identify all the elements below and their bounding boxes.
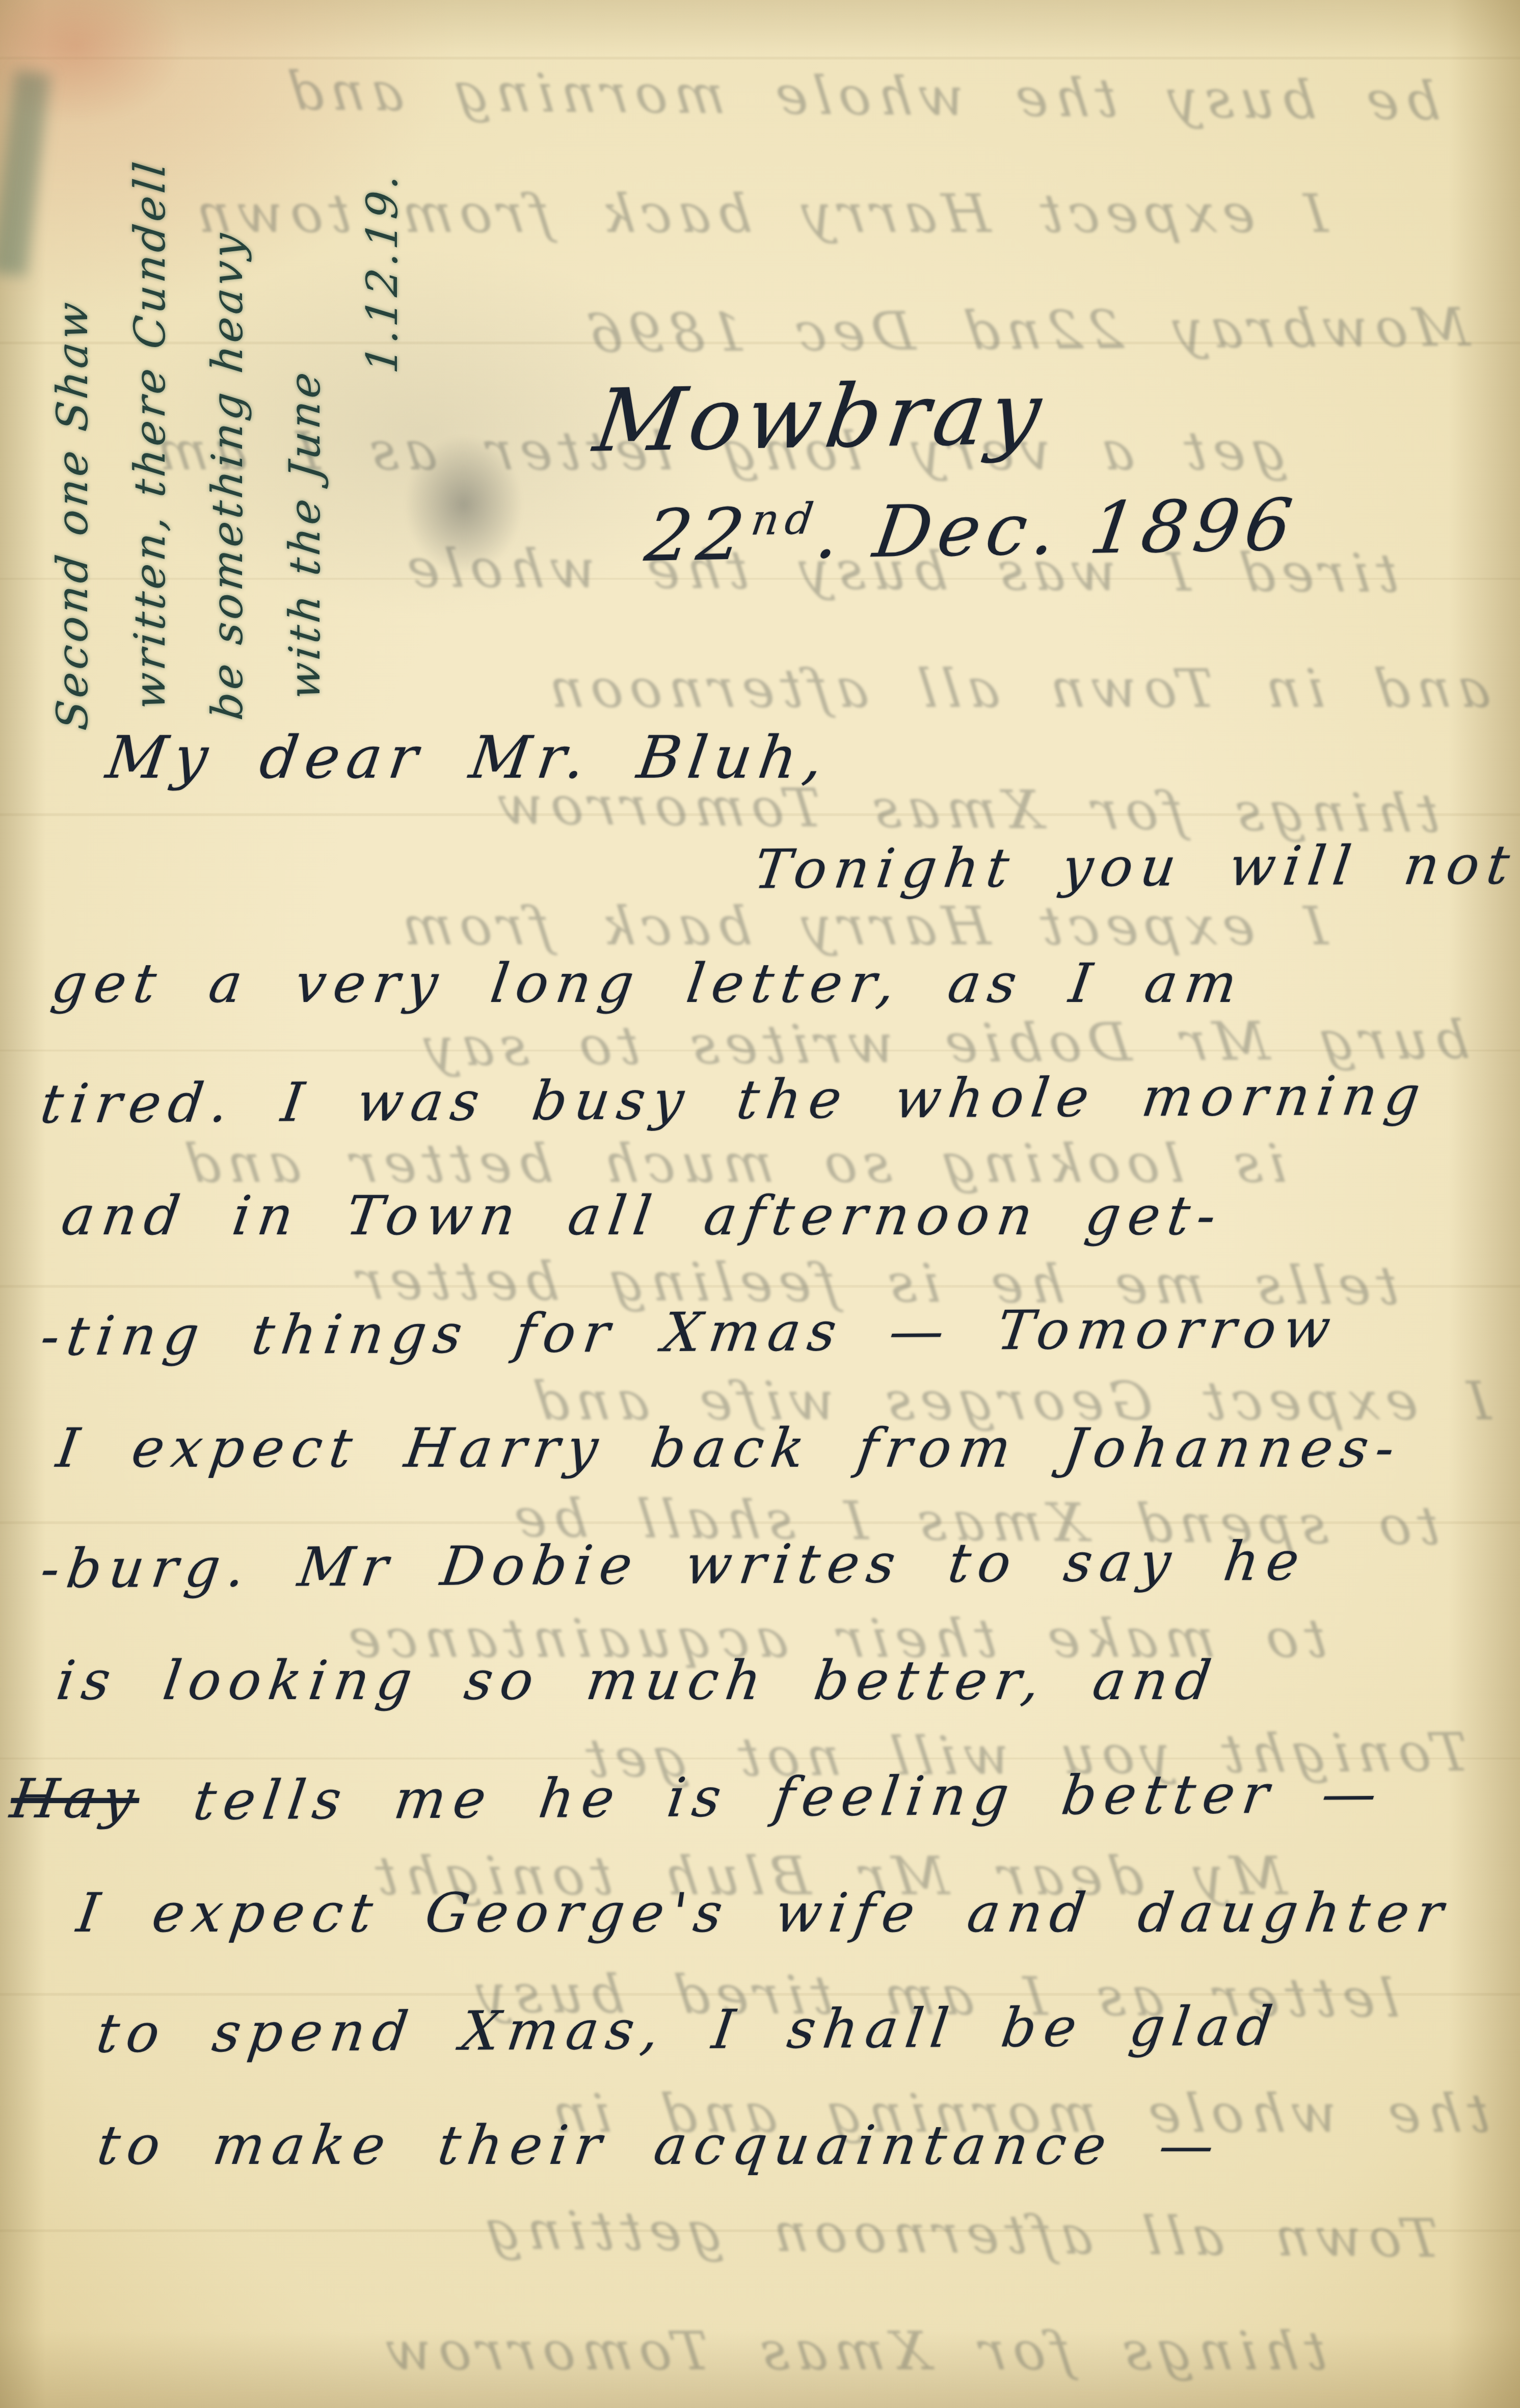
annotation-line: be something heavy — [189, 33, 266, 724]
strikethrough-word: Hay — [7, 1767, 144, 1830]
date-line: 22nd. Dec. 1896 — [641, 484, 1303, 578]
annotation-line: 1.12.19. — [343, 33, 421, 377]
annotation-line: with the June — [266, 33, 343, 703]
body-line: tells me he is feeling better — — [183, 1761, 1501, 1886]
place-line: Mowbray — [589, 363, 1052, 471]
ink-smudge — [405, 436, 522, 573]
salutation: My dear Mr. Bluh, — [102, 724, 835, 792]
body-line: to spend Xmas, I shall be glad — [86, 1994, 1501, 2119]
annotation-line: written, there Cundell — [111, 33, 189, 713]
body-line: Tonight you will not — [743, 834, 1500, 955]
body-line: tired. I was busy the whole morning — [30, 1064, 1500, 1188]
body-line: and in Town all afternoon get- — [50, 1184, 1500, 1301]
body-line: -ting things for Xmas — Tomorrow — [30, 1296, 1500, 1421]
body-line: is looking so much better, and — [45, 1649, 1500, 1765]
ghost-line: things for Xmas Tomorrow — [13, 2292, 1334, 2408]
date-ordinal: nd — [748, 494, 822, 545]
body-line: I expect George's wife and daughter — [66, 1882, 1500, 1998]
date-rest: . Dec. 1896 — [811, 484, 1303, 575]
date-day: 22 — [641, 493, 756, 578]
body-line: -burg. Mr Dobie writes to say he — [30, 1528, 1500, 1653]
margin-annotation: Second one Shawwritten, there Cundellbe … — [34, 37, 421, 730]
body-line: I expect Harry back from Johannes- — [45, 1417, 1500, 1533]
body-line: to make their acquaintance — — [86, 2114, 1500, 2230]
body-line: get a very long letter, as I am — [40, 952, 1500, 1068]
annotation-line: Second one Shaw — [34, 33, 111, 734]
letter-body: Tonight you will notget a very long lett… — [38, 836, 1492, 2230]
letter-page: be busy the whole morning andI expect Ha… — [0, 0, 1520, 2408]
